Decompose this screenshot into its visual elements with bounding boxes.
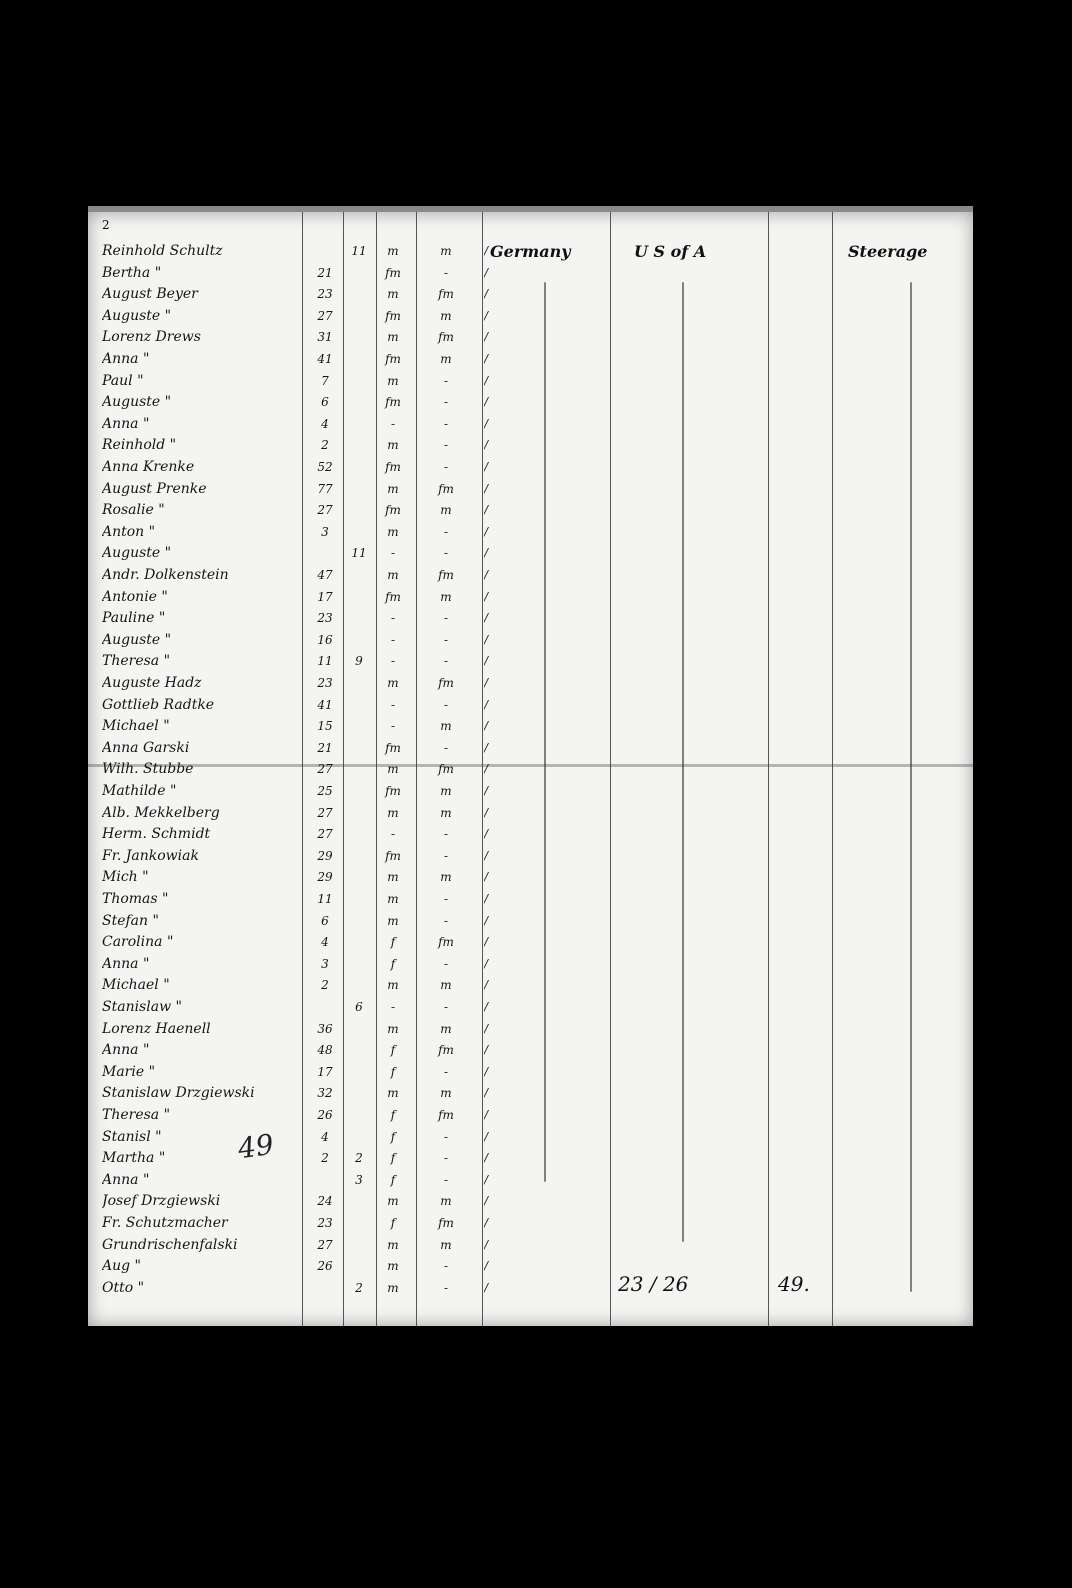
- passenger-name: Anna ": [102, 953, 302, 975]
- passenger-name: Rosalie ": [102, 499, 302, 521]
- passenger-name: Auguste ": [102, 305, 302, 327]
- passenger-name: Lorenz Drews: [102, 326, 302, 348]
- passenger-row: Rosalie " 27 fm m /: [88, 499, 973, 521]
- passenger-sex: -: [376, 694, 410, 716]
- passenger-row: Reinhold " 2 m - /: [88, 434, 973, 456]
- passenger-marital: -: [420, 845, 472, 867]
- passenger-marital: fm: [420, 758, 472, 780]
- passenger-sex: m: [376, 910, 410, 932]
- passenger-months: [346, 1082, 372, 1104]
- check-mark: /: [484, 737, 504, 759]
- passenger-row: Mich " 29 m m /: [88, 866, 973, 888]
- passenger-row: Anna " 4 - - /: [88, 413, 973, 435]
- passenger-name: Theresa ": [102, 650, 302, 672]
- passenger-age: 48: [310, 1039, 340, 1061]
- passenger-row: August Beyer 23 m fm /: [88, 283, 973, 305]
- passenger-row: Anna Krenke 52 fm - /: [88, 456, 973, 478]
- passenger-name: Anna ": [102, 413, 302, 435]
- check-mark: /: [484, 521, 504, 543]
- passenger-row: Grundrischenfalski 27 m m /: [88, 1234, 973, 1256]
- passenger-row: Stefan " 6 m - /: [88, 910, 973, 932]
- check-mark: /: [484, 499, 504, 521]
- passenger-name: Stefan ": [102, 910, 302, 932]
- passenger-age: 2: [310, 974, 340, 996]
- passenger-marital: fm: [420, 931, 472, 953]
- passenger-row: Anna Garski 21 fm - /: [88, 737, 973, 759]
- passenger-age: 23: [310, 607, 340, 629]
- passenger-months: [346, 413, 372, 435]
- passenger-row: Auguste Hadz 23 m fm /: [88, 672, 973, 694]
- passenger-months: [346, 262, 372, 284]
- passenger-age: 21: [310, 737, 340, 759]
- passenger-sex: m: [376, 370, 410, 392]
- passenger-months: [346, 866, 372, 888]
- check-mark: /: [484, 348, 504, 370]
- check-mark: /: [484, 1212, 504, 1234]
- passenger-row: Anna " 3 f - /: [88, 1169, 973, 1191]
- passenger-age: 52: [310, 456, 340, 478]
- passenger-row: Alb. Mekkelberg 27 m m /: [88, 802, 973, 824]
- passenger-row: Anna " 3 f - /: [88, 953, 973, 975]
- passenger-sex: fm: [376, 348, 410, 370]
- passenger-name: Stanislaw ": [102, 996, 302, 1018]
- passenger-row: Fr. Jankowiak 29 fm - /: [88, 845, 973, 867]
- passenger-row: Gottlieb Radtke 41 - - /: [88, 694, 973, 716]
- passenger-age: 77: [310, 478, 340, 500]
- passenger-sex: f: [376, 1061, 410, 1083]
- passenger-age: 6: [310, 391, 340, 413]
- passenger-marital: -: [420, 1255, 472, 1277]
- passenger-marital: fm: [420, 478, 472, 500]
- passenger-marital: -: [420, 1277, 472, 1299]
- passenger-marital: -: [420, 607, 472, 629]
- check-mark: /: [484, 413, 504, 435]
- passenger-months: [346, 780, 372, 802]
- passenger-name: Grundrischenfalski: [102, 1234, 302, 1256]
- passenger-name: Reinhold Schultz: [102, 240, 302, 262]
- passenger-sex: f: [376, 953, 410, 975]
- passenger-months: [346, 974, 372, 996]
- passenger-age: 32: [310, 1082, 340, 1104]
- passenger-marital: m: [420, 802, 472, 824]
- passenger-row: Josef Drzgiewski 24 m m /: [88, 1190, 973, 1212]
- passenger-marital: m: [420, 305, 472, 327]
- passenger-marital: -: [420, 823, 472, 845]
- passenger-sex: f: [376, 1212, 410, 1234]
- check-mark: /: [484, 240, 504, 262]
- passenger-row: Herm. Schmidt 27 - - /: [88, 823, 973, 845]
- passenger-months: [346, 326, 372, 348]
- check-mark: /: [484, 305, 504, 327]
- passenger-age: 7: [310, 370, 340, 392]
- check-mark: /: [484, 953, 504, 975]
- passenger-name: Anna ": [102, 1039, 302, 1061]
- passenger-row: Anna " 48 f fm /: [88, 1039, 973, 1061]
- passenger-name: Gottlieb Radtke: [102, 694, 302, 716]
- passenger-months: [346, 1190, 372, 1212]
- passenger-months: 6: [346, 996, 372, 1018]
- passenger-name: Anna Garski: [102, 737, 302, 759]
- passenger-months: [346, 283, 372, 305]
- passenger-marital: -: [420, 434, 472, 456]
- passenger-months: [346, 370, 372, 392]
- passenger-sex: m: [376, 1082, 410, 1104]
- check-mark: /: [484, 1104, 504, 1126]
- passenger-age: 27: [310, 802, 340, 824]
- passenger-marital: fm: [420, 672, 472, 694]
- passenger-months: [346, 802, 372, 824]
- passenger-months: [346, 391, 372, 413]
- passenger-age: 17: [310, 1061, 340, 1083]
- passenger-row: Mathilde " 25 fm m /: [88, 780, 973, 802]
- passenger-sex: m: [376, 1190, 410, 1212]
- passenger-sex: fm: [376, 780, 410, 802]
- passenger-sex: m: [376, 240, 410, 262]
- passenger-row: Theresa " 26 f fm /: [88, 1104, 973, 1126]
- passenger-marital: -: [420, 996, 472, 1018]
- check-mark: /: [484, 1061, 504, 1083]
- check-mark: /: [484, 888, 504, 910]
- passenger-name: Herm. Schmidt: [102, 823, 302, 845]
- passenger-row: Lorenz Haenell 36 m m /: [88, 1018, 973, 1040]
- passenger-row: Auguste " 6 fm - /: [88, 391, 973, 413]
- passenger-marital: -: [420, 391, 472, 413]
- passenger-months: [346, 478, 372, 500]
- passenger-marital: -: [420, 694, 472, 716]
- passenger-months: 2: [346, 1277, 372, 1299]
- check-mark: /: [484, 758, 504, 780]
- passenger-months: [346, 1234, 372, 1256]
- passenger-months: [346, 305, 372, 327]
- check-mark: /: [484, 1255, 504, 1277]
- passenger-row: Fr. Schutzmacher 23 f fm /: [88, 1212, 973, 1234]
- passenger-row: Auguste " 27 fm m /: [88, 305, 973, 327]
- passenger-marital: m: [420, 499, 472, 521]
- passenger-age: 4: [310, 1126, 340, 1148]
- passenger-marital: -: [420, 542, 472, 564]
- passenger-marital: -: [420, 1147, 472, 1169]
- passenger-row: August Prenke 77 m fm /: [88, 478, 973, 500]
- passenger-months: [346, 715, 372, 737]
- check-mark: /: [484, 629, 504, 651]
- passenger-name: August Beyer: [102, 283, 302, 305]
- passenger-months: [346, 1039, 372, 1061]
- passenger-age: 27: [310, 1234, 340, 1256]
- passenger-sex: fm: [376, 737, 410, 759]
- passenger-sex: -: [376, 650, 410, 672]
- passenger-age: 27: [310, 305, 340, 327]
- passenger-marital: fm: [420, 326, 472, 348]
- passenger-row: Anton " 3 m - /: [88, 521, 973, 543]
- passenger-sex: m: [376, 326, 410, 348]
- grand-total: 49.: [778, 1272, 810, 1296]
- passenger-name: Michael ": [102, 974, 302, 996]
- passenger-age: 26: [310, 1255, 340, 1277]
- passenger-months: [346, 953, 372, 975]
- check-mark: /: [484, 780, 504, 802]
- passenger-sex: m: [376, 672, 410, 694]
- passenger-sex: m: [376, 564, 410, 586]
- passenger-age: 29: [310, 845, 340, 867]
- passenger-age: 24: [310, 1190, 340, 1212]
- passenger-age: 4: [310, 413, 340, 435]
- passenger-name: Lorenz Haenell: [102, 1018, 302, 1040]
- passenger-months: [346, 1018, 372, 1040]
- passenger-age: 41: [310, 348, 340, 370]
- passenger-name: Alb. Mekkelberg: [102, 802, 302, 824]
- check-mark: /: [484, 1082, 504, 1104]
- check-mark: /: [484, 478, 504, 500]
- passenger-sex: -: [376, 823, 410, 845]
- check-mark: /: [484, 715, 504, 737]
- passenger-months: [346, 434, 372, 456]
- passenger-sex: fm: [376, 845, 410, 867]
- passenger-age: 3: [310, 953, 340, 975]
- passenger-marital: m: [420, 348, 472, 370]
- passenger-sex: m: [376, 866, 410, 888]
- passenger-sex: -: [376, 996, 410, 1018]
- passenger-marital: fm: [420, 1039, 472, 1061]
- passenger-name: August Prenke: [102, 478, 302, 500]
- passenger-marital: fm: [420, 1212, 472, 1234]
- passenger-sex: -: [376, 542, 410, 564]
- passenger-marital: -: [420, 521, 472, 543]
- passenger-name: Pauline ": [102, 607, 302, 629]
- passenger-name: Anton ": [102, 521, 302, 543]
- check-mark: /: [484, 1169, 504, 1191]
- passenger-age: 2: [310, 434, 340, 456]
- passenger-sex: m: [376, 888, 410, 910]
- passenger-marital: fm: [420, 283, 472, 305]
- passenger-marital: -: [420, 910, 472, 932]
- check-mark: /: [484, 283, 504, 305]
- passenger-marital: m: [420, 1082, 472, 1104]
- passenger-age: 31: [310, 326, 340, 348]
- check-mark: /: [484, 262, 504, 284]
- passenger-sex: m: [376, 1234, 410, 1256]
- passenger-name: Anna ": [102, 1169, 302, 1191]
- manifest-page: 2 Germany U S of A Steerage Reinhold Sch…: [88, 206, 973, 1326]
- check-mark: /: [484, 456, 504, 478]
- passenger-age: 2: [310, 1147, 340, 1169]
- passenger-sex: -: [376, 607, 410, 629]
- passenger-sex: m: [376, 1277, 410, 1299]
- passenger-sex: -: [376, 413, 410, 435]
- passenger-months: [346, 1126, 372, 1148]
- passenger-marital: -: [420, 650, 472, 672]
- passenger-sex: m: [376, 1255, 410, 1277]
- passenger-marital: -: [420, 413, 472, 435]
- passenger-marital: m: [420, 974, 472, 996]
- passenger-age: 41: [310, 694, 340, 716]
- passenger-age: 47: [310, 564, 340, 586]
- passenger-sex: fm: [376, 262, 410, 284]
- passenger-name: Stanislaw Drzgiewski: [102, 1082, 302, 1104]
- passenger-age: 27: [310, 823, 340, 845]
- passenger-age: 17: [310, 586, 340, 608]
- check-mark: /: [484, 672, 504, 694]
- passenger-age: [310, 996, 340, 1018]
- passenger-months: [346, 564, 372, 586]
- passenger-marital: -: [420, 1126, 472, 1148]
- passenger-marital: -: [420, 953, 472, 975]
- passenger-row: Reinhold Schultz 11 m m /: [88, 240, 973, 262]
- passenger-age: [310, 1169, 340, 1191]
- passenger-sex: m: [376, 802, 410, 824]
- passenger-months: [346, 1061, 372, 1083]
- passenger-age: 23: [310, 1212, 340, 1234]
- passenger-marital: -: [420, 629, 472, 651]
- passenger-sex: f: [376, 931, 410, 953]
- passenger-marital: m: [420, 780, 472, 802]
- passenger-months: [346, 845, 372, 867]
- check-mark: /: [484, 1018, 504, 1040]
- passenger-months: 3: [346, 1169, 372, 1191]
- passenger-marital: m: [420, 1234, 472, 1256]
- passenger-sex: m: [376, 478, 410, 500]
- passenger-sex: f: [376, 1039, 410, 1061]
- passenger-row: Aug " 26 m - /: [88, 1255, 973, 1277]
- page-number: 2: [102, 218, 110, 232]
- passenger-name: Auguste ": [102, 542, 302, 564]
- passenger-months: [346, 586, 372, 608]
- passenger-months: [346, 629, 372, 651]
- passenger-age: 6: [310, 910, 340, 932]
- check-mark: /: [484, 1147, 504, 1169]
- passenger-row: Antonie " 17 fm m /: [88, 586, 973, 608]
- check-mark: /: [484, 434, 504, 456]
- passenger-age: 27: [310, 758, 340, 780]
- passenger-months: [346, 672, 372, 694]
- passenger-age: 23: [310, 672, 340, 694]
- passenger-name: Fr. Schutzmacher: [102, 1212, 302, 1234]
- passenger-age: [310, 1277, 340, 1299]
- passenger-months: [346, 499, 372, 521]
- check-mark: /: [484, 866, 504, 888]
- passenger-age: 4: [310, 931, 340, 953]
- check-mark: /: [484, 823, 504, 845]
- passenger-months: [346, 931, 372, 953]
- passenger-sex: m: [376, 521, 410, 543]
- passenger-months: [346, 758, 372, 780]
- destination-total: 23 / 26: [618, 1272, 688, 1296]
- check-mark: /: [484, 542, 504, 564]
- passenger-age: 11: [310, 650, 340, 672]
- passenger-marital: m: [420, 1190, 472, 1212]
- passenger-name: Thomas ": [102, 888, 302, 910]
- passenger-marital: -: [420, 888, 472, 910]
- passenger-row: Auguste " 16 - - /: [88, 629, 973, 651]
- passenger-sex: -: [376, 629, 410, 651]
- passenger-age: 26: [310, 1104, 340, 1126]
- passenger-name: Wilh. Stubbe: [102, 758, 302, 780]
- passenger-marital: m: [420, 866, 472, 888]
- passenger-row: Auguste " 11 - - /: [88, 542, 973, 564]
- passenger-row: Anna " 41 fm m /: [88, 348, 973, 370]
- check-mark: /: [484, 1277, 504, 1299]
- passenger-marital: -: [420, 737, 472, 759]
- passenger-sex: fm: [376, 391, 410, 413]
- passenger-sex: -: [376, 715, 410, 737]
- passenger-name: Reinhold ": [102, 434, 302, 456]
- check-mark: /: [484, 845, 504, 867]
- passenger-months: [346, 521, 372, 543]
- passenger-name: Marie ": [102, 1061, 302, 1083]
- passenger-name: Auguste ": [102, 391, 302, 413]
- passenger-marital: -: [420, 262, 472, 284]
- passenger-row: Bertha " 21 fm - /: [88, 262, 973, 284]
- passenger-age: 16: [310, 629, 340, 651]
- passenger-marital: -: [420, 370, 472, 392]
- passenger-age: 11: [310, 888, 340, 910]
- passenger-sex: f: [376, 1147, 410, 1169]
- check-mark: /: [484, 650, 504, 672]
- passenger-age: 23: [310, 283, 340, 305]
- passenger-sex: fm: [376, 305, 410, 327]
- check-mark: /: [484, 974, 504, 996]
- passenger-months: [346, 1104, 372, 1126]
- annotation-mark: 49: [236, 1128, 276, 1166]
- passenger-months: [346, 694, 372, 716]
- passenger-age: 27: [310, 499, 340, 521]
- passenger-row: Stanislaw " 6 - - /: [88, 996, 973, 1018]
- passenger-name: Mathilde ": [102, 780, 302, 802]
- passenger-row: Stanisl " 4 f - /: [88, 1126, 973, 1148]
- passenger-row: Martha " 2 2 f - /: [88, 1147, 973, 1169]
- passenger-age: [310, 542, 340, 564]
- passenger-months: [346, 607, 372, 629]
- passenger-name: Mich ": [102, 866, 302, 888]
- passenger-sex: f: [376, 1104, 410, 1126]
- check-mark: /: [484, 370, 504, 392]
- passenger-name: Bertha ": [102, 262, 302, 284]
- passenger-row: Lorenz Drews 31 m fm /: [88, 326, 973, 348]
- check-mark: /: [484, 996, 504, 1018]
- passenger-row: Paul " 7 m - /: [88, 370, 973, 392]
- passenger-row: Marie " 17 f - /: [88, 1061, 973, 1083]
- passenger-name: Fr. Jankowiak: [102, 845, 302, 867]
- passenger-name: Auguste Hadz: [102, 672, 302, 694]
- passenger-sex: m: [376, 974, 410, 996]
- check-mark: /: [484, 931, 504, 953]
- passenger-marital: -: [420, 1169, 472, 1191]
- check-mark: /: [484, 326, 504, 348]
- passenger-name: Michael ": [102, 715, 302, 737]
- passenger-marital: fm: [420, 1104, 472, 1126]
- check-mark: /: [484, 564, 504, 586]
- passenger-row: Pauline " 23 - - /: [88, 607, 973, 629]
- passenger-marital: -: [420, 456, 472, 478]
- check-mark: /: [484, 1190, 504, 1212]
- check-mark: /: [484, 694, 504, 716]
- passenger-row: Carolina " 4 f fm /: [88, 931, 973, 953]
- passenger-name: Carolina ": [102, 931, 302, 953]
- check-mark: /: [484, 1039, 504, 1061]
- passenger-marital: m: [420, 1018, 472, 1040]
- passenger-months: 2: [346, 1147, 372, 1169]
- check-mark: /: [484, 1126, 504, 1148]
- passenger-row: Michael " 15 - m /: [88, 715, 973, 737]
- passenger-name: Andr. Dolkenstein: [102, 564, 302, 586]
- passenger-name: Otto ": [102, 1277, 302, 1299]
- passenger-months: [346, 1212, 372, 1234]
- passenger-months: [346, 737, 372, 759]
- passenger-age: 36: [310, 1018, 340, 1040]
- passenger-row: Andr. Dolkenstein 47 m fm /: [88, 564, 973, 586]
- passenger-age: 3: [310, 521, 340, 543]
- passenger-sex: f: [376, 1169, 410, 1191]
- passenger-months: [346, 348, 372, 370]
